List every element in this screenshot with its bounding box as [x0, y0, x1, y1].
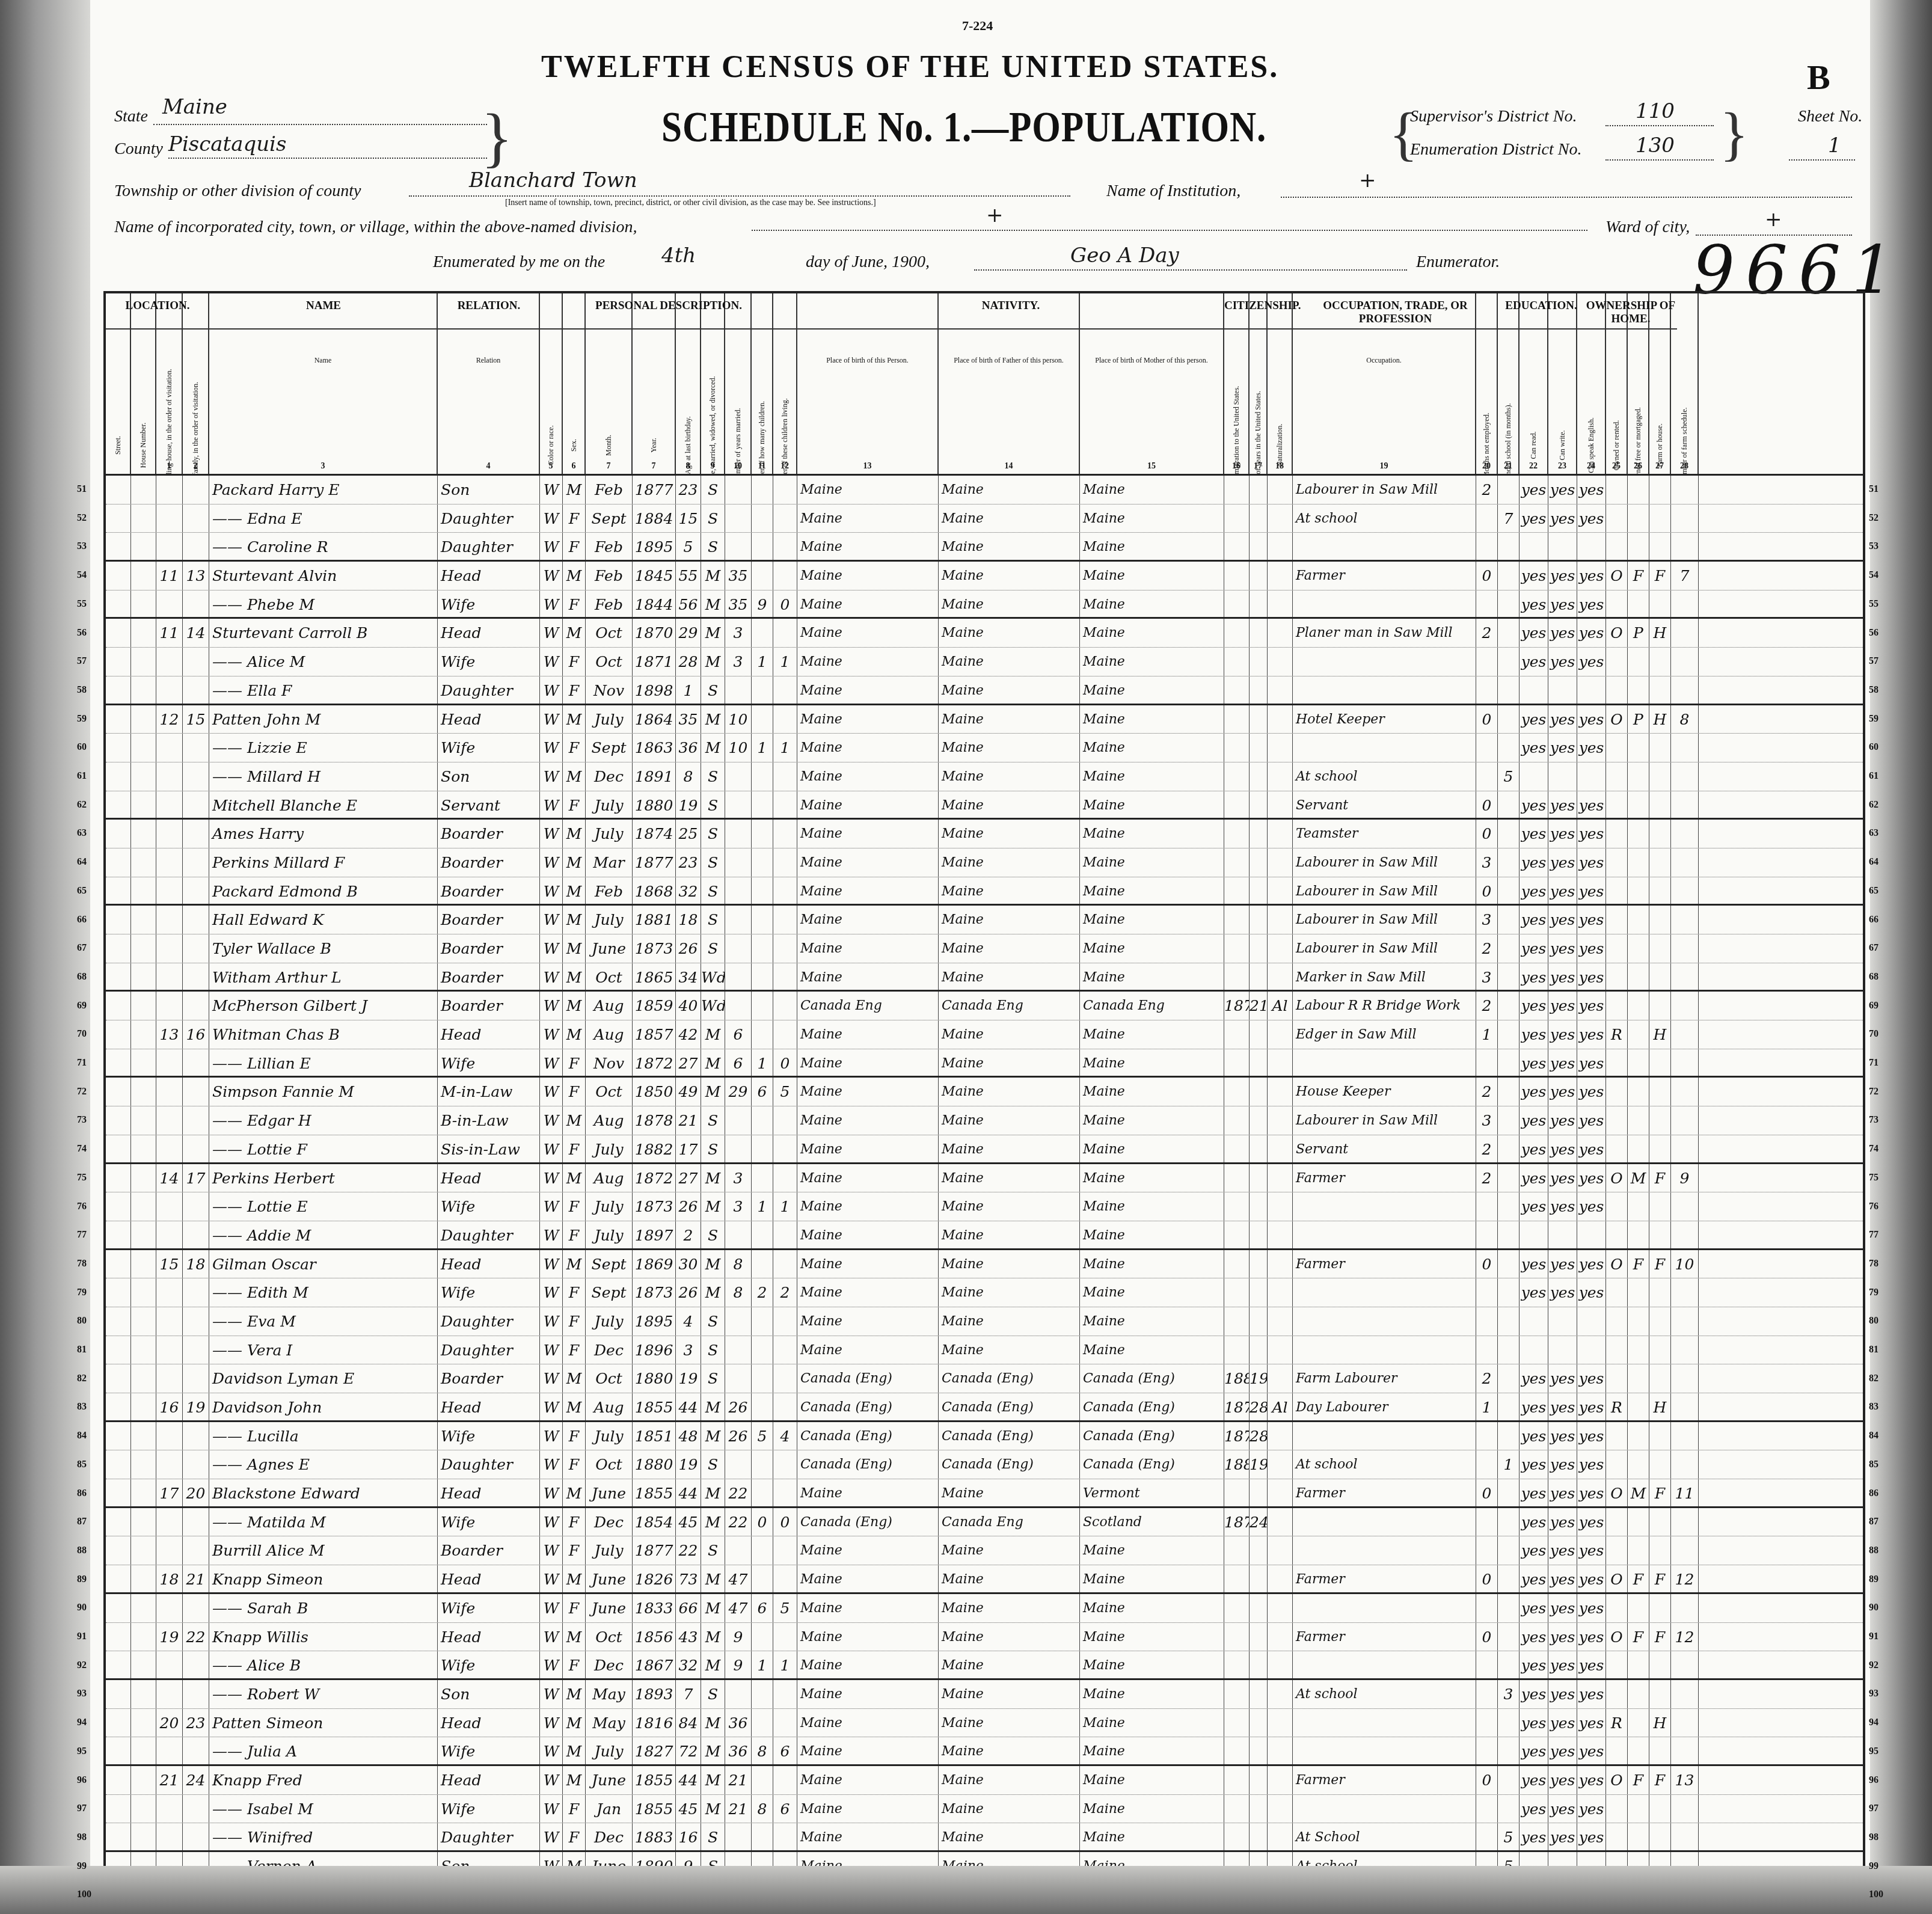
cell-rel: Daughter — [438, 533, 540, 560]
cell-mon: Mar — [586, 848, 633, 877]
cell-ym: 26 — [725, 1422, 752, 1450]
form-number: 7-224 — [962, 18, 993, 34]
cell-location — [106, 533, 131, 560]
cell-fam: 17 — [183, 1164, 209, 1192]
cell-rel: Daughter — [438, 1823, 540, 1850]
cell-name: —— Lottie E — [209, 1192, 438, 1221]
cell-fam — [183, 734, 209, 762]
cell-location — [131, 1536, 156, 1565]
cell-fam — [183, 1192, 209, 1221]
cell-occ: At School — [1293, 1823, 1476, 1850]
cell-une — [1476, 1422, 1498, 1450]
cell-nat — [1268, 648, 1293, 676]
line-number: 59 — [77, 714, 87, 725]
column-header-label: Month. — [604, 435, 613, 456]
cell-fb: Maine — [939, 562, 1080, 590]
cell-occ: At school — [1293, 1450, 1476, 1479]
column-number: 21 — [1498, 462, 1518, 471]
cell-own — [1606, 1508, 1628, 1536]
cell-wr: yes — [1548, 1565, 1577, 1592]
line-number: 76 — [77, 1201, 87, 1212]
cell-dw: 19 — [156, 1623, 183, 1651]
line-number: 84 — [1869, 1431, 1878, 1441]
cell-fam — [183, 1221, 209, 1248]
cell-location — [131, 1307, 156, 1336]
cell-yr: 1864 — [633, 705, 676, 734]
cell-sch — [1498, 1508, 1520, 1536]
institution-label: Name of Institution, — [1106, 182, 1240, 201]
cell-yus — [1250, 1795, 1268, 1823]
cell-fb: Maine — [939, 1250, 1080, 1278]
table-row: —— WinifredDaughterWFDec188316SMaineMain… — [106, 1823, 1863, 1852]
cell-ym — [725, 992, 752, 1020]
cell-location — [131, 734, 156, 762]
cell-ms: M — [701, 1278, 725, 1307]
cell-rel: Head — [438, 562, 540, 590]
column-number: 28 — [1671, 462, 1697, 471]
column-number: 19 — [1293, 462, 1475, 471]
cell-own — [1606, 1135, 1628, 1162]
cell-mc: 1 — [752, 734, 773, 762]
line-number: 63 — [77, 828, 87, 839]
line-number: 89 — [77, 1574, 87, 1585]
cell-fam: 13 — [183, 562, 209, 590]
cell-dw — [156, 992, 183, 1020]
cell-fs — [1671, 1135, 1699, 1162]
group-relation: RELATION. — [438, 293, 540, 330]
cell-yr: 1872 — [633, 1049, 676, 1076]
cell-mb: Maine — [1080, 1106, 1224, 1135]
cell-mon: Feb — [586, 476, 633, 504]
cell-ym — [725, 505, 752, 533]
cell-fb: Maine — [939, 1479, 1080, 1506]
cell-fs — [1671, 848, 1699, 877]
line-number: 77 — [77, 1230, 87, 1241]
cell-fm — [1628, 1020, 1649, 1049]
cell-cl: 1 — [773, 734, 797, 762]
cell-rd: yes — [1520, 1737, 1548, 1764]
cell-mb: Maine — [1080, 1565, 1224, 1592]
cell-mon: Oct — [586, 619, 633, 647]
cell-race: W — [540, 1737, 563, 1764]
cell-une: 0 — [1476, 705, 1498, 734]
sheet-letter: B — [1807, 57, 1830, 97]
cell-mb: Maine — [1080, 1020, 1224, 1049]
cell-mon: June — [586, 934, 633, 963]
cell-sch — [1498, 1307, 1520, 1336]
cell-imm — [1224, 505, 1250, 533]
column-header-label: Can write. — [1558, 431, 1567, 461]
cell-yus: 19 — [1250, 1450, 1268, 1479]
cell-mc: 1 — [752, 1192, 773, 1221]
cell-ms: S — [701, 1450, 725, 1479]
cell-location — [106, 906, 131, 934]
cell-ms: S — [701, 1336, 725, 1364]
cell-yr: 1873 — [633, 1192, 676, 1221]
table-row: —— Agnes EDaughterWFOct188019SCanada (En… — [106, 1450, 1863, 1479]
cell-rel: Boarder — [438, 848, 540, 877]
table-row: 2023Patten SimeonHeadWMMay181684M36Maine… — [106, 1709, 1863, 1738]
cell-sch: 3 — [1498, 1680, 1520, 1708]
cell-cl — [773, 963, 797, 990]
cell-imm — [1224, 1737, 1250, 1764]
cell-occ — [1293, 590, 1476, 618]
cell-fm: M — [1628, 1479, 1649, 1506]
cell-name: Davidson John — [209, 1393, 438, 1420]
cell-age: 23 — [676, 476, 701, 504]
cell-rd — [1520, 676, 1548, 704]
cell-une — [1476, 1651, 1498, 1678]
cell-ym — [725, 963, 752, 990]
column-header-label: Name — [209, 354, 437, 367]
cell-ms: M — [701, 1623, 725, 1651]
line-number: 57 — [77, 656, 87, 667]
cell-yr: 1816 — [633, 1709, 676, 1737]
cell-pb: Maine — [797, 848, 939, 877]
cell-pb: Maine — [797, 963, 939, 990]
cell-une — [1476, 533, 1498, 560]
enumeration-line — [1605, 159, 1714, 161]
cell-mc — [752, 1364, 773, 1393]
cell-ym: 47 — [725, 1565, 752, 1592]
cell-sex: M — [563, 1737, 586, 1764]
line-number: 78 — [1869, 1259, 1878, 1269]
cell-en: yes — [1577, 590, 1606, 618]
cell-en: yes — [1577, 1135, 1606, 1162]
cell-yr: 1891 — [633, 762, 676, 791]
cell-cl — [773, 762, 797, 791]
cell-age: 19 — [676, 791, 701, 818]
cell-name: —— Sarah B — [209, 1594, 438, 1622]
cell-en: yes — [1577, 1364, 1606, 1393]
cell-dw: 16 — [156, 1393, 183, 1420]
cell-en: yes — [1577, 562, 1606, 590]
cell-occ: Labourer in Saw Mill — [1293, 1106, 1476, 1135]
line-number: 85 — [1869, 1459, 1878, 1470]
enumerator-label: Enumerator. — [1416, 253, 1500, 272]
cell-nat — [1268, 734, 1293, 762]
cell-une: 0 — [1476, 562, 1498, 590]
cell-fs — [1671, 934, 1699, 963]
cell-en: yes — [1577, 734, 1606, 762]
cell-name: Perkins Herbert — [209, 1164, 438, 1192]
cell-mon: July — [586, 906, 633, 934]
cell-age: 3 — [676, 1336, 701, 1364]
cell-mb: Maine — [1080, 1766, 1224, 1794]
district-brace-right: } — [1720, 99, 1749, 168]
cell-own — [1606, 820, 1628, 848]
cell-ms: M — [701, 1078, 725, 1106]
cell-dw — [156, 1192, 183, 1221]
cell-fh — [1649, 906, 1671, 934]
cell-mon: Oct — [586, 1623, 633, 1651]
cell-mc — [752, 1623, 773, 1651]
ward-label: Ward of city, — [1605, 218, 1690, 237]
cell-wr: yes — [1548, 1651, 1577, 1678]
cell-fs — [1671, 877, 1699, 904]
cell-en: yes — [1577, 1078, 1606, 1106]
cell-yus — [1250, 1250, 1268, 1278]
cell-age: 56 — [676, 590, 701, 618]
cell-location — [106, 1020, 131, 1049]
cell-fam — [183, 1508, 209, 1536]
cell-wr: yes — [1548, 1078, 1577, 1106]
cell-ms: Wd — [701, 963, 725, 990]
cell-fam — [183, 1364, 209, 1393]
cell-sch — [1498, 705, 1520, 734]
column-number: 6 — [563, 462, 584, 471]
cell-en: yes — [1577, 1680, 1606, 1708]
cell-dw — [156, 791, 183, 818]
cell-ms: M — [701, 1709, 725, 1737]
cell-ms: S — [701, 505, 725, 533]
cell-nat — [1268, 1737, 1293, 1764]
cell-rel: Head — [438, 619, 540, 647]
cell-location — [106, 1508, 131, 1536]
cell-une: 3 — [1476, 1106, 1498, 1135]
cell-fm — [1628, 1049, 1649, 1076]
cell-fs — [1671, 762, 1699, 791]
cell-ms: M — [701, 648, 725, 676]
line-number: 71 — [77, 1058, 87, 1069]
cell-sex: M — [563, 877, 586, 904]
enumerated-label: Enumerated by me on the — [433, 253, 605, 272]
cell-fam: 21 — [183, 1565, 209, 1592]
line-number: 70 — [77, 1029, 87, 1040]
cell-mb: Maine — [1080, 762, 1224, 791]
cell-fs — [1671, 734, 1699, 762]
cell-yr: 1880 — [633, 1364, 676, 1393]
cell-yus: 19 — [1250, 1364, 1268, 1393]
table-row: —— Robert WSonWMMay18937SMaineMaineMaine… — [106, 1680, 1863, 1709]
cell-dw: 21 — [156, 1766, 183, 1794]
cell-fm — [1628, 1680, 1649, 1708]
cell-occ: At school — [1293, 1680, 1476, 1708]
table-body: Packard Harry ESonWMFeb187723SMaineMaine… — [106, 476, 1863, 1909]
cell-location — [106, 1192, 131, 1221]
cell-fh — [1649, 476, 1671, 504]
cell-rel: Wife — [438, 1422, 540, 1450]
cell-fh — [1649, 1536, 1671, 1565]
cell-fb: Canada Eng — [939, 992, 1080, 1020]
cell-en — [1577, 1336, 1606, 1364]
cell-rd: yes — [1520, 877, 1548, 904]
cell-pb: Canada (Eng) — [797, 1422, 939, 1450]
cell-occ: Labourer in Saw Mill — [1293, 934, 1476, 963]
cell-location — [131, 963, 156, 990]
cell-location — [106, 1164, 131, 1192]
cell-wr: yes — [1548, 934, 1577, 963]
table-row: Packard Edmond BBoarderWMFeb186832SMaine… — [106, 877, 1863, 906]
cell-mc: 8 — [752, 1795, 773, 1823]
cell-pb: Canada (Eng) — [797, 1364, 939, 1393]
cell-mb: Maine — [1080, 533, 1224, 560]
line-number: 83 — [1869, 1402, 1878, 1412]
line-number: 99 — [1869, 1861, 1878, 1872]
cell-fb: Maine — [939, 906, 1080, 934]
cell-own — [1606, 1364, 1628, 1393]
cell-fam — [183, 877, 209, 904]
cell-mc — [752, 1307, 773, 1336]
cell-fb: Maine — [939, 1164, 1080, 1192]
cell-imm — [1224, 1766, 1250, 1794]
cell-fs — [1671, 676, 1699, 704]
cell-ym: 3 — [725, 1192, 752, 1221]
cell-en — [1577, 1221, 1606, 1248]
cell-yus — [1250, 762, 1268, 791]
cell-name: —— Robert W — [209, 1680, 438, 1708]
line-number: 55 — [1869, 599, 1878, 610]
cell-yus — [1250, 648, 1268, 676]
cell-occ: Labourer in Saw Mill — [1293, 848, 1476, 877]
cell-location — [106, 562, 131, 590]
cell-sex: M — [563, 1106, 586, 1135]
cell-fh: F — [1649, 1623, 1671, 1651]
cell-yr: 1895 — [633, 1307, 676, 1336]
column-number: 25 — [1606, 462, 1627, 471]
cell-name: Gilman Oscar — [209, 1250, 438, 1278]
cell-location — [131, 791, 156, 818]
cell-yr: 1850 — [633, 1078, 676, 1106]
cell-occ — [1293, 1307, 1476, 1336]
table-row: —— Millard HSonWMDec18918SMaineMaineMain… — [106, 762, 1863, 791]
cell-imm — [1224, 1307, 1250, 1336]
cell-wr: yes — [1548, 1709, 1577, 1737]
cell-age: 19 — [676, 1450, 701, 1479]
cell-ym — [725, 791, 752, 818]
cell-nat — [1268, 619, 1293, 647]
cell-location — [106, 619, 131, 647]
cell-fs: 12 — [1671, 1565, 1699, 1592]
cell-location — [131, 648, 156, 676]
cell-own — [1606, 1823, 1628, 1850]
column-number: 17 — [1250, 462, 1266, 471]
cell-mb: Maine — [1080, 705, 1224, 734]
cell-wr: yes — [1548, 1737, 1577, 1764]
cell-fam: 18 — [183, 1250, 209, 1278]
cell-en: yes — [1577, 1192, 1606, 1221]
cell-dw — [156, 820, 183, 848]
cell-fb: Canada (Eng) — [939, 1393, 1080, 1420]
cell-fm — [1628, 1651, 1649, 1678]
cell-dw — [156, 1594, 183, 1622]
table-row: Davidson Lyman EBoarderWMOct188019SCanad… — [106, 1364, 1863, 1393]
cell-fb: Maine — [939, 963, 1080, 990]
cell-fs — [1671, 1336, 1699, 1364]
line-number: 95 — [1869, 1746, 1878, 1757]
cell-yus — [1250, 1479, 1268, 1506]
cell-nat — [1268, 1766, 1293, 1794]
cell-ym — [725, 1106, 752, 1135]
line-number: 62 — [77, 800, 87, 811]
cell-cl — [773, 1307, 797, 1336]
cell-yus — [1250, 1336, 1268, 1364]
incorporated-city-line — [752, 230, 1587, 231]
cell-mb: Maine — [1080, 906, 1224, 934]
cell-race: W — [540, 1795, 563, 1823]
cell-own: O — [1606, 562, 1628, 590]
cell-rel: Wife — [438, 1049, 540, 1076]
cell-imm — [1224, 1049, 1250, 1076]
cell-fam — [183, 1450, 209, 1479]
cell-fh — [1649, 1336, 1671, 1364]
cell-mon: Dec — [586, 1823, 633, 1850]
cell-fs — [1671, 1307, 1699, 1336]
cell-occ — [1293, 1221, 1476, 1248]
cell-rd: yes — [1520, 476, 1548, 504]
cell-fam — [183, 1594, 209, 1622]
enumerator-name: Geo A Day — [1070, 244, 1179, 268]
column-number: 11 — [752, 462, 772, 471]
cell-en: yes — [1577, 906, 1606, 934]
column-number: 9 — [701, 462, 724, 471]
cell-sex: M — [563, 1364, 586, 1393]
cell-en: yes — [1577, 1479, 1606, 1506]
line-number: 97 — [77, 1803, 87, 1814]
cell-sch: 5 — [1498, 1823, 1520, 1850]
cell-own — [1606, 1680, 1628, 1708]
cell-rel: Wife — [438, 1192, 540, 1221]
cell-age: 55 — [676, 562, 701, 590]
cell-rel: M-in-Law — [438, 1078, 540, 1106]
cell-rel: Boarder — [438, 877, 540, 904]
cell-sex: F — [563, 791, 586, 818]
cell-wr: yes — [1548, 1364, 1577, 1393]
cell-cl — [773, 1823, 797, 1850]
cell-rel: Wife — [438, 648, 540, 676]
cell-en: yes — [1577, 619, 1606, 647]
cell-fh: H — [1649, 1393, 1671, 1420]
cell-nat — [1268, 877, 1293, 904]
cell-dw — [156, 533, 183, 560]
cell-nat — [1268, 1709, 1293, 1737]
cell-yr: 1897 — [633, 1221, 676, 1248]
cell-fm — [1628, 1422, 1649, 1450]
cell-fs — [1671, 1020, 1699, 1049]
cell-yr: 1884 — [633, 505, 676, 533]
line-number: 79 — [77, 1287, 87, 1298]
table-row: —— Alice MWifeWFOct187128M311MaineMaineM… — [106, 648, 1863, 676]
cell-dw — [156, 1737, 183, 1764]
cell-cl — [773, 1135, 797, 1162]
cell-fb: Maine — [939, 619, 1080, 647]
cell-wr — [1548, 676, 1577, 704]
cell-une: 2 — [1476, 1164, 1498, 1192]
group-education: EDUCATION. — [1498, 293, 1584, 330]
line-number: 53 — [77, 541, 87, 552]
cell-fm — [1628, 1709, 1649, 1737]
cell-ym: 29 — [725, 1078, 752, 1106]
table-row: Ames HarryBoarderWMJuly187425SMaineMaine… — [106, 820, 1863, 848]
cell-cl — [773, 791, 797, 818]
cell-race: W — [540, 1364, 563, 1393]
cell-yus — [1250, 1192, 1268, 1221]
table-row: —— Lottie EWifeWFJuly187326M311MaineMain… — [106, 1192, 1863, 1221]
cell-pb: Maine — [797, 1479, 939, 1506]
column-number: 13 — [797, 462, 937, 471]
cell-dw — [156, 762, 183, 791]
cell-dw — [156, 1536, 183, 1565]
cell-wr: yes — [1548, 1594, 1577, 1622]
cell-fb: Maine — [939, 1795, 1080, 1823]
cell-fh: F — [1649, 1164, 1671, 1192]
group-citizenship: CITIZENSHIP. — [1224, 293, 1293, 330]
column-number: 7 — [586, 462, 631, 471]
column-number: 15 — [1080, 462, 1223, 471]
table-row: 1821Knapp SimeonHeadWMJune182673M47Maine… — [106, 1565, 1863, 1594]
cell-fm — [1628, 820, 1649, 848]
cell-rel: Head — [438, 1164, 540, 1192]
